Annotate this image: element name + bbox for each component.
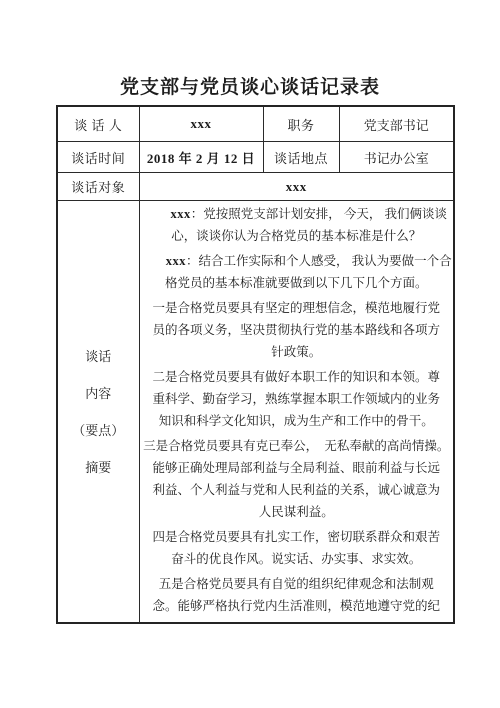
talker-label: 谈 话 人 (57, 106, 139, 142)
dialog-line: 二是合格党员要具有做好本职工作的知识和本领。尊 (140, 366, 454, 388)
dialog-line: 三是合格党员要具有克已奉公， 无私奉献的高尚情操。 (140, 435, 454, 457)
table-row: 谈话对象 xxx (57, 173, 454, 201)
time-label: 谈话时间 (57, 142, 139, 173)
dialog-line: 奋斗的优良作风。说实话、办实事、求实效。 (140, 548, 454, 570)
document: 党支部与党员谈心谈话记录表 谈 话 人 xxx 职务 党支部书记 谈话时间 20… (0, 0, 500, 708)
content-label: 谈话 内容 （要点） 摘要 (57, 201, 139, 624)
location-value: 书记办公室 (339, 142, 454, 173)
position-label: 职务 (263, 106, 339, 142)
dialog-line: 心，谈谈你认为合格党员的基本标准是什么？ (140, 225, 454, 247)
dialog-paragraph: 三是合格党员要具有克已奉公， 无私奉献的高尚情操。能够正确处理局部利益与全局利益… (140, 435, 454, 523)
dialog-line: 人民谋利益。 (140, 501, 454, 523)
dialog-line: xxx：结合工作实际和个人感受， 我认为要做一个合 (140, 250, 454, 272)
dialog-line: 四是合格党员要具有扎实工作，密切联系群众和艰苦 (140, 526, 454, 548)
dialog-paragraph: 五是合格党员要具有自觉的组织纪律观念和法制观念。能够严格执行党内生活准则，模范地… (140, 573, 454, 617)
position-value: 党支部书记 (339, 106, 454, 142)
talker-value: xxx (139, 106, 263, 142)
subject-label: 谈话对象 (57, 173, 139, 201)
dialog-line: 知识和科学文化知识，成为生产和工作中的骨干。 (140, 410, 454, 432)
dialog-paragraph: 二是合格党员要具有做好本职工作的知识和本领。尊重科学、勤奋学习，熟练掌握本职工作… (140, 366, 454, 432)
dialog-line: 重科学、勤奋学习，熟练掌握本职工作领域内的业务 (140, 388, 454, 410)
table-row: 谈话时间 2018 年 2 月 12 日 谈话地点 书记办公室 (57, 142, 454, 173)
table-row: 谈话 内容 （要点） 摘要 xxx：党按照党支部计划安排， 今天， 我们俩谈谈心… (57, 201, 454, 624)
time-value: 2018 年 2 月 12 日 (139, 142, 263, 173)
dialog-line: 利益、个人利益与党和人民利益的关系，诚心诚意为 (140, 479, 454, 501)
dialog-line: 针政策。 (140, 341, 454, 363)
dialog-paragraph: 一是合格党员要具有坚定的理想信念，模范地履行党员的各项义务，坚决贯彻执行党的基本… (140, 297, 454, 363)
location-label: 谈话地点 (263, 142, 339, 173)
table-row: 谈 话 人 xxx 职务 党支部书记 (57, 106, 454, 142)
dialog-content: xxx：党按照党支部计划安排， 今天， 我们俩谈谈心，谈谈你认为合格党员的基本标… (139, 201, 454, 624)
dialog-line: 格党员的基本标准就要做到以下几下几个方面。 (140, 272, 454, 294)
speaker-name: xxx (170, 207, 190, 221)
dialog-line: 员的各项义务，坚决贯彻执行党的基本路线和各项方 (140, 319, 454, 341)
dialog-line: 一是合格党员要具有坚定的理想信念，模范地履行党 (140, 297, 454, 319)
dialog-line: 五是合格党员要具有自觉的组织纪律观念和法制观 (140, 573, 454, 595)
record-table: 谈 话 人 xxx 职务 党支部书记 谈话时间 2018 年 2 月 12 日 … (56, 105, 455, 624)
page-title: 党支部与党员谈心谈话记录表 (0, 72, 500, 99)
dialog-line: xxx：党按照党支部计划安排， 今天， 我们俩谈谈 (140, 203, 454, 225)
dialog-paragraph: xxx：结合工作实际和个人感受， 我认为要做一个合格党员的基本标准就要做到以下几… (140, 250, 454, 294)
subject-value: xxx (139, 173, 454, 201)
dialog-line: 念。能够严格执行党内生活准则，模范地遵守党的纪 (140, 595, 454, 617)
speaker-name: xxx (166, 254, 186, 268)
dialog-paragraph: xxx：党按照党支部计划安排， 今天， 我们俩谈谈心，谈谈你认为合格党员的基本标… (140, 203, 454, 247)
dialog-paragraph: 四是合格党员要具有扎实工作，密切联系群众和艰苦奋斗的优良作风。说实话、办实事、求… (140, 526, 454, 570)
dialog-line: 能够正确处理局部利益与全局利益、眼前利益与长远 (140, 457, 454, 479)
